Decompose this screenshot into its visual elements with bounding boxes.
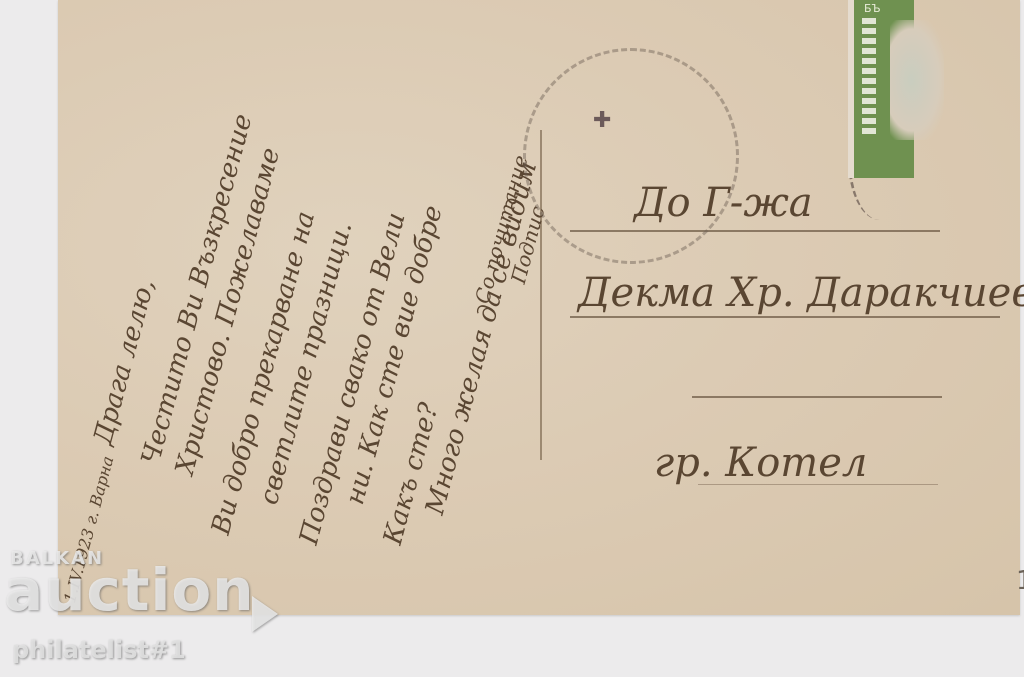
postage-stamp: БЪ — [848, 0, 914, 178]
address-line-3 — [692, 396, 942, 398]
stamp-torn-area — [890, 20, 944, 140]
address-town: гр. Котел — [654, 440, 867, 486]
address-recipient-name: Декма Хр. Даракчиева — [578, 270, 1024, 316]
pencil-number: 15 — [1016, 566, 1024, 596]
stamp-value: БЪ — [864, 2, 881, 15]
watermark-arrow-icon — [252, 596, 278, 632]
stamp-ornament — [862, 18, 876, 138]
address-line-2 — [570, 316, 1000, 318]
postmark-circle — [523, 48, 739, 264]
postmark-cross-icon: ✚ — [593, 108, 611, 133]
watermark-auction: auction — [4, 556, 255, 624]
watermark-philatelist: philatelist#1 — [12, 636, 186, 664]
